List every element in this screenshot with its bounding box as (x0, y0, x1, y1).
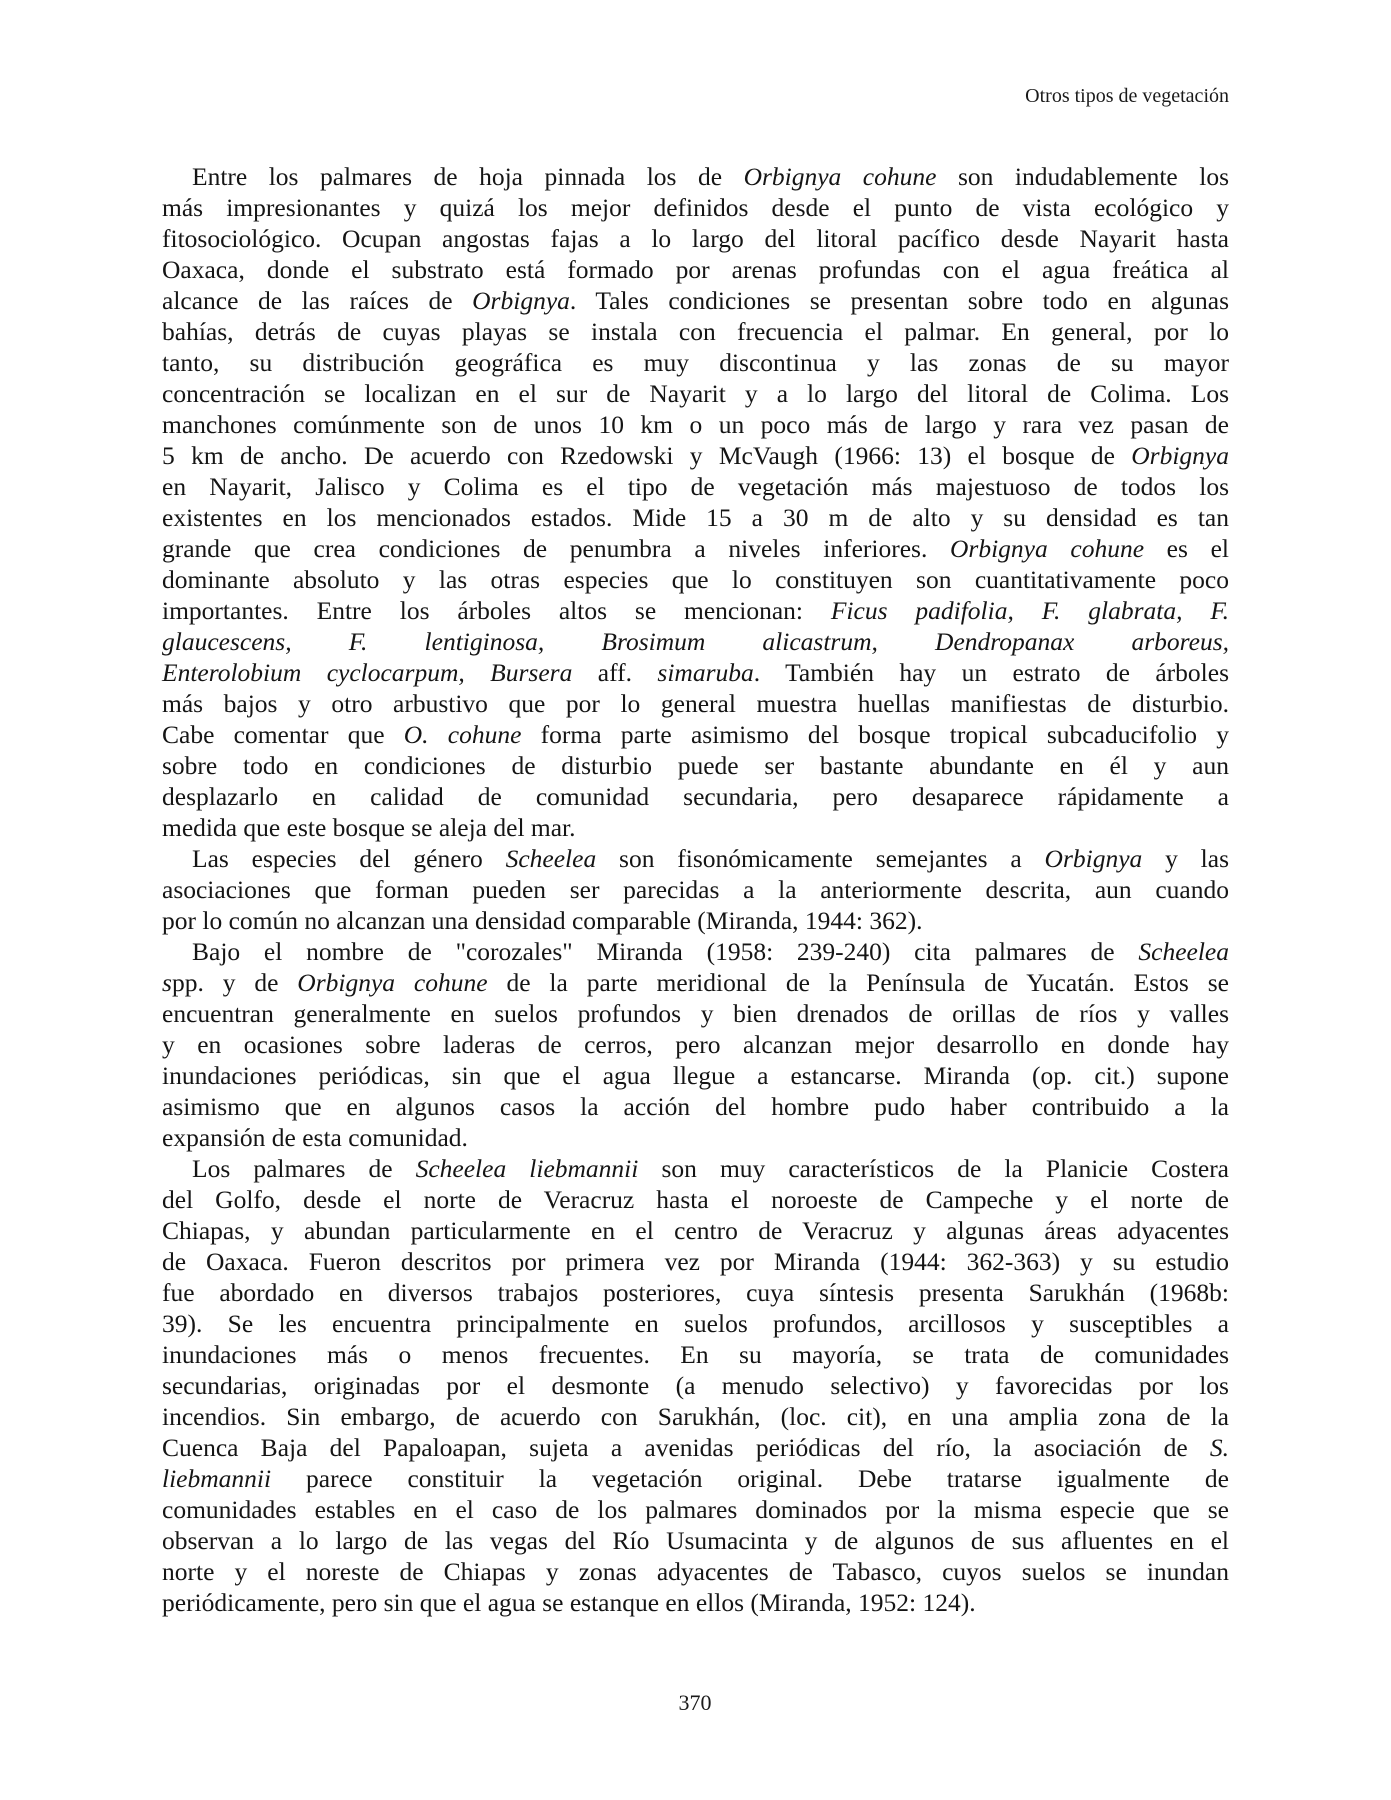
text-line: sobre todo en condiciones de disturbio p… (162, 750, 1229, 781)
text-run: periódicamente, pero sin que el agua se … (162, 1588, 976, 1617)
text-run: fitosociológico. Ocupan angostas fajas a… (162, 224, 1229, 253)
text-line: comunidades estables en el caso de los p… (162, 1494, 1229, 1525)
text-line: Las especies del género Scheelea son fis… (162, 843, 1229, 874)
text-line: spp. y de Orbignya cohune de la parte me… (162, 967, 1229, 998)
running-header: Otros tipos de vegetación (997, 84, 1229, 108)
italic-taxon: glaucescens, F. lentiginosa, Brosimum al… (162, 627, 1229, 656)
text-run: es el (1144, 534, 1229, 563)
text-run: manchones comúnmente son de unos 10 km o… (162, 410, 1229, 439)
text-line: Cabe comentar que O. cohune forma parte … (162, 719, 1229, 750)
italic-taxon: O. cohune (404, 720, 522, 749)
text-run: forma parte asimismo del bosque tropical… (521, 720, 1229, 749)
text-run: desplazarlo en calidad de comunidad secu… (162, 782, 1229, 811)
text-line: Entre los palmares de hoja pinnada los d… (162, 161, 1229, 192)
text-run: son indudablemente los (936, 162, 1229, 191)
text-line: inundaciones más o menos frecuentes. En … (162, 1339, 1229, 1370)
text-run: dominante absoluto y las otras especies … (162, 565, 1229, 594)
text-run: Los palmares de (192, 1154, 416, 1183)
text-run: alcance de las raíces de (162, 286, 472, 315)
text-line: de Oaxaca. Fueron descritos por primera … (162, 1246, 1229, 1277)
text-run: inundaciones más o menos frecuentes. En … (162, 1340, 1229, 1369)
text-line: liebmannii parece constituir la vegetaci… (162, 1463, 1229, 1494)
text-line: fitosociológico. Ocupan angostas fajas a… (162, 223, 1229, 254)
text-line: incendios. Sin embargo, de acuerdo con S… (162, 1401, 1229, 1432)
text-line: del Golfo, desde el norte de Veracruz ha… (162, 1184, 1229, 1215)
text-run: son fisonómicamente semejantes a (596, 844, 1044, 873)
text-line: importantes. Entre los árboles altos se … (162, 595, 1229, 626)
text-run: observan a lo largo de las vegas del Río… (162, 1526, 1229, 1555)
text-line: periódicamente, pero sin que el agua se … (162, 1587, 1229, 1618)
italic-taxon: simaruba (657, 658, 753, 687)
text-run: Las especies del género (192, 844, 506, 873)
text-run: Oaxaca, donde el substrato está formado … (162, 255, 1229, 284)
text-run: asimismo que en algunos casos la acción … (162, 1092, 1229, 1121)
text-line: observan a lo largo de las vegas del Río… (162, 1525, 1229, 1556)
text-line: más impresionantes y quizá los mejor def… (162, 192, 1229, 223)
text-run: Cuenca Baja del Papaloapan, sujeta a ave… (162, 1433, 1210, 1462)
text-run: parece constituir la vegetación original… (271, 1464, 1229, 1493)
text-run: Chiapas, y abundan particularmente en el… (162, 1216, 1229, 1245)
text-line: y en ocasiones sobre laderas de cerros, … (162, 1029, 1229, 1060)
text-run: de Oaxaca. Fueron descritos por primera … (162, 1247, 1229, 1276)
italic-taxon: s (162, 968, 172, 997)
text-line: Bajo el nombre de "corozales" Miranda (1… (162, 936, 1229, 967)
text-run: incendios. Sin embargo, de acuerdo con S… (162, 1402, 1229, 1431)
italic-taxon: Orbignya cohune (297, 968, 487, 997)
text-run: Cabe comentar que (162, 720, 404, 749)
italic-taxon: Orbignya cohune (950, 534, 1144, 563)
text-run: Bajo el nombre de "corozales" Miranda (1… (192, 937, 1138, 966)
italic-taxon: liebmannii (162, 1464, 271, 1493)
italic-taxon: Enterolobium cyclocarpum, Bursera (162, 658, 572, 687)
text-line: Enterolobium cyclocarpum, Bursera aff. s… (162, 657, 1229, 688)
text-line: más bajos y otro arbustivo que por lo ge… (162, 688, 1229, 719)
italic-taxon: S. (1210, 1433, 1229, 1462)
text-run: sobre todo en condiciones de disturbio p… (162, 751, 1229, 780)
text-line: inundaciones periódicas, sin que el agua… (162, 1060, 1229, 1091)
italic-taxon: Orbignya (472, 286, 570, 315)
text-line: glaucescens, F. lentiginosa, Brosimum al… (162, 626, 1229, 657)
text-line: desplazarlo en calidad de comunidad secu… (162, 781, 1229, 812)
text-run: bahías, detrás de cuyas playas se instal… (162, 317, 1229, 346)
text-run: aff. (572, 658, 657, 687)
text-line: dominante absoluto y las otras especies … (162, 564, 1229, 595)
text-line: fue abordado en diversos trabajos poster… (162, 1277, 1229, 1308)
text-run: 5 km de ancho. De acuerdo con Rzedowski … (162, 441, 1131, 470)
page-number: 370 (645, 1690, 745, 1716)
text-run: secundarias, originadas por el desmonte … (162, 1371, 1229, 1400)
text-run: norte y el noreste de Chiapas y zonas ad… (162, 1557, 1229, 1586)
paragraph: Bajo el nombre de "corozales" Miranda (1… (162, 936, 1229, 1153)
text-run: del Golfo, desde el norte de Veracruz ha… (162, 1185, 1229, 1214)
text-line: grande que crea condiciones de penumbra … (162, 533, 1229, 564)
text-line: 5 km de ancho. De acuerdo con Rzedowski … (162, 440, 1229, 471)
text-line: encuentran generalmente en suelos profun… (162, 998, 1229, 1029)
text-run: y las (1142, 844, 1229, 873)
text-line: medida que este bosque se aleja del mar. (162, 812, 1229, 843)
text-run: importantes. Entre los árboles altos se … (162, 596, 831, 625)
text-line: asimismo que en algunos casos la acción … (162, 1091, 1229, 1122)
text-run: son muy característicos de la Planicie C… (638, 1154, 1229, 1183)
text-run: tanto, su distribución geográfica es muy… (162, 348, 1229, 377)
italic-taxon: Orbignya (1045, 844, 1143, 873)
text-line: Chiapas, y abundan particularmente en el… (162, 1215, 1229, 1246)
text-line: en Nayarit, Jalisco y Colima es el tipo … (162, 471, 1229, 502)
text-run: asociaciones que forman pueden ser parec… (162, 875, 1229, 904)
text-run: por lo común no alcanzan una densidad co… (162, 906, 923, 935)
italic-taxon: Scheelea liebmannii (416, 1154, 639, 1183)
text-run: encuentran generalmente en suelos profun… (162, 999, 1229, 1028)
text-run: comunidades estables en el caso de los p… (162, 1495, 1229, 1524)
text-line: bahías, detrás de cuyas playas se instal… (162, 316, 1229, 347)
text-run: pp. y de (172, 968, 297, 997)
body-text: Entre los palmares de hoja pinnada los d… (162, 161, 1229, 1618)
text-run: existentes en los mencionados estados. M… (162, 503, 1229, 532)
text-run: inundaciones periódicas, sin que el agua… (162, 1061, 1229, 1090)
text-line: por lo común no alcanzan una densidad co… (162, 905, 1229, 936)
text-run: en Nayarit, Jalisco y Colima es el tipo … (162, 472, 1229, 501)
italic-taxon: Scheelea (1138, 937, 1229, 966)
paragraph: Los palmares de Scheelea liebmannii son … (162, 1153, 1229, 1618)
italic-taxon: Ficus padifolia, F. glabrata, F. (831, 596, 1229, 625)
text-run: de la parte meridional de la Península d… (488, 968, 1229, 997)
paragraph: Las especies del género Scheelea son fis… (162, 843, 1229, 936)
text-run: grande que crea condiciones de penumbra … (162, 534, 950, 563)
text-run: Entre los palmares de hoja pinnada los d… (192, 162, 744, 191)
text-run: 39). Se les encuentra principalmente en … (162, 1309, 1229, 1338)
text-line: Oaxaca, donde el substrato está formado … (162, 254, 1229, 285)
text-line: Los palmares de Scheelea liebmannii son … (162, 1153, 1229, 1184)
text-line: secundarias, originadas por el desmonte … (162, 1370, 1229, 1401)
text-line: norte y el noreste de Chiapas y zonas ad… (162, 1556, 1229, 1587)
text-line: alcance de las raíces de Orbignya. Tales… (162, 285, 1229, 316)
text-run: . También hay un estrato de árboles (754, 658, 1229, 687)
text-run: expansión de esta comunidad. (162, 1123, 468, 1152)
text-run: más bajos y otro arbustivo que por lo ge… (162, 689, 1229, 718)
text-line: concentración se localizan en el sur de … (162, 378, 1229, 409)
paragraph: Entre los palmares de hoja pinnada los d… (162, 161, 1229, 843)
text-run: concentración se localizan en el sur de … (162, 379, 1229, 408)
text-run: más impresionantes y quizá los mejor def… (162, 193, 1229, 222)
text-line: Cuenca Baja del Papaloapan, sujeta a ave… (162, 1432, 1229, 1463)
text-line: existentes en los mencionados estados. M… (162, 502, 1229, 533)
text-line: asociaciones que forman pueden ser parec… (162, 874, 1229, 905)
text-run: . Tales condiciones se presentan sobre t… (570, 286, 1229, 315)
italic-taxon: Scheelea (506, 844, 597, 873)
text-run: fue abordado en diversos trabajos poster… (162, 1278, 1229, 1307)
text-run: y en ocasiones sobre laderas de cerros, … (162, 1030, 1229, 1059)
italic-taxon: Orbignya cohune (744, 162, 937, 191)
italic-taxon: Orbignya (1131, 441, 1229, 470)
text-line: expansión de esta comunidad. (162, 1122, 1229, 1153)
text-line: 39). Se les encuentra principalmente en … (162, 1308, 1229, 1339)
text-line: tanto, su distribución geográfica es muy… (162, 347, 1229, 378)
text-run: medida que este bosque se aleja del mar. (162, 813, 576, 842)
text-line: manchones comúnmente son de unos 10 km o… (162, 409, 1229, 440)
